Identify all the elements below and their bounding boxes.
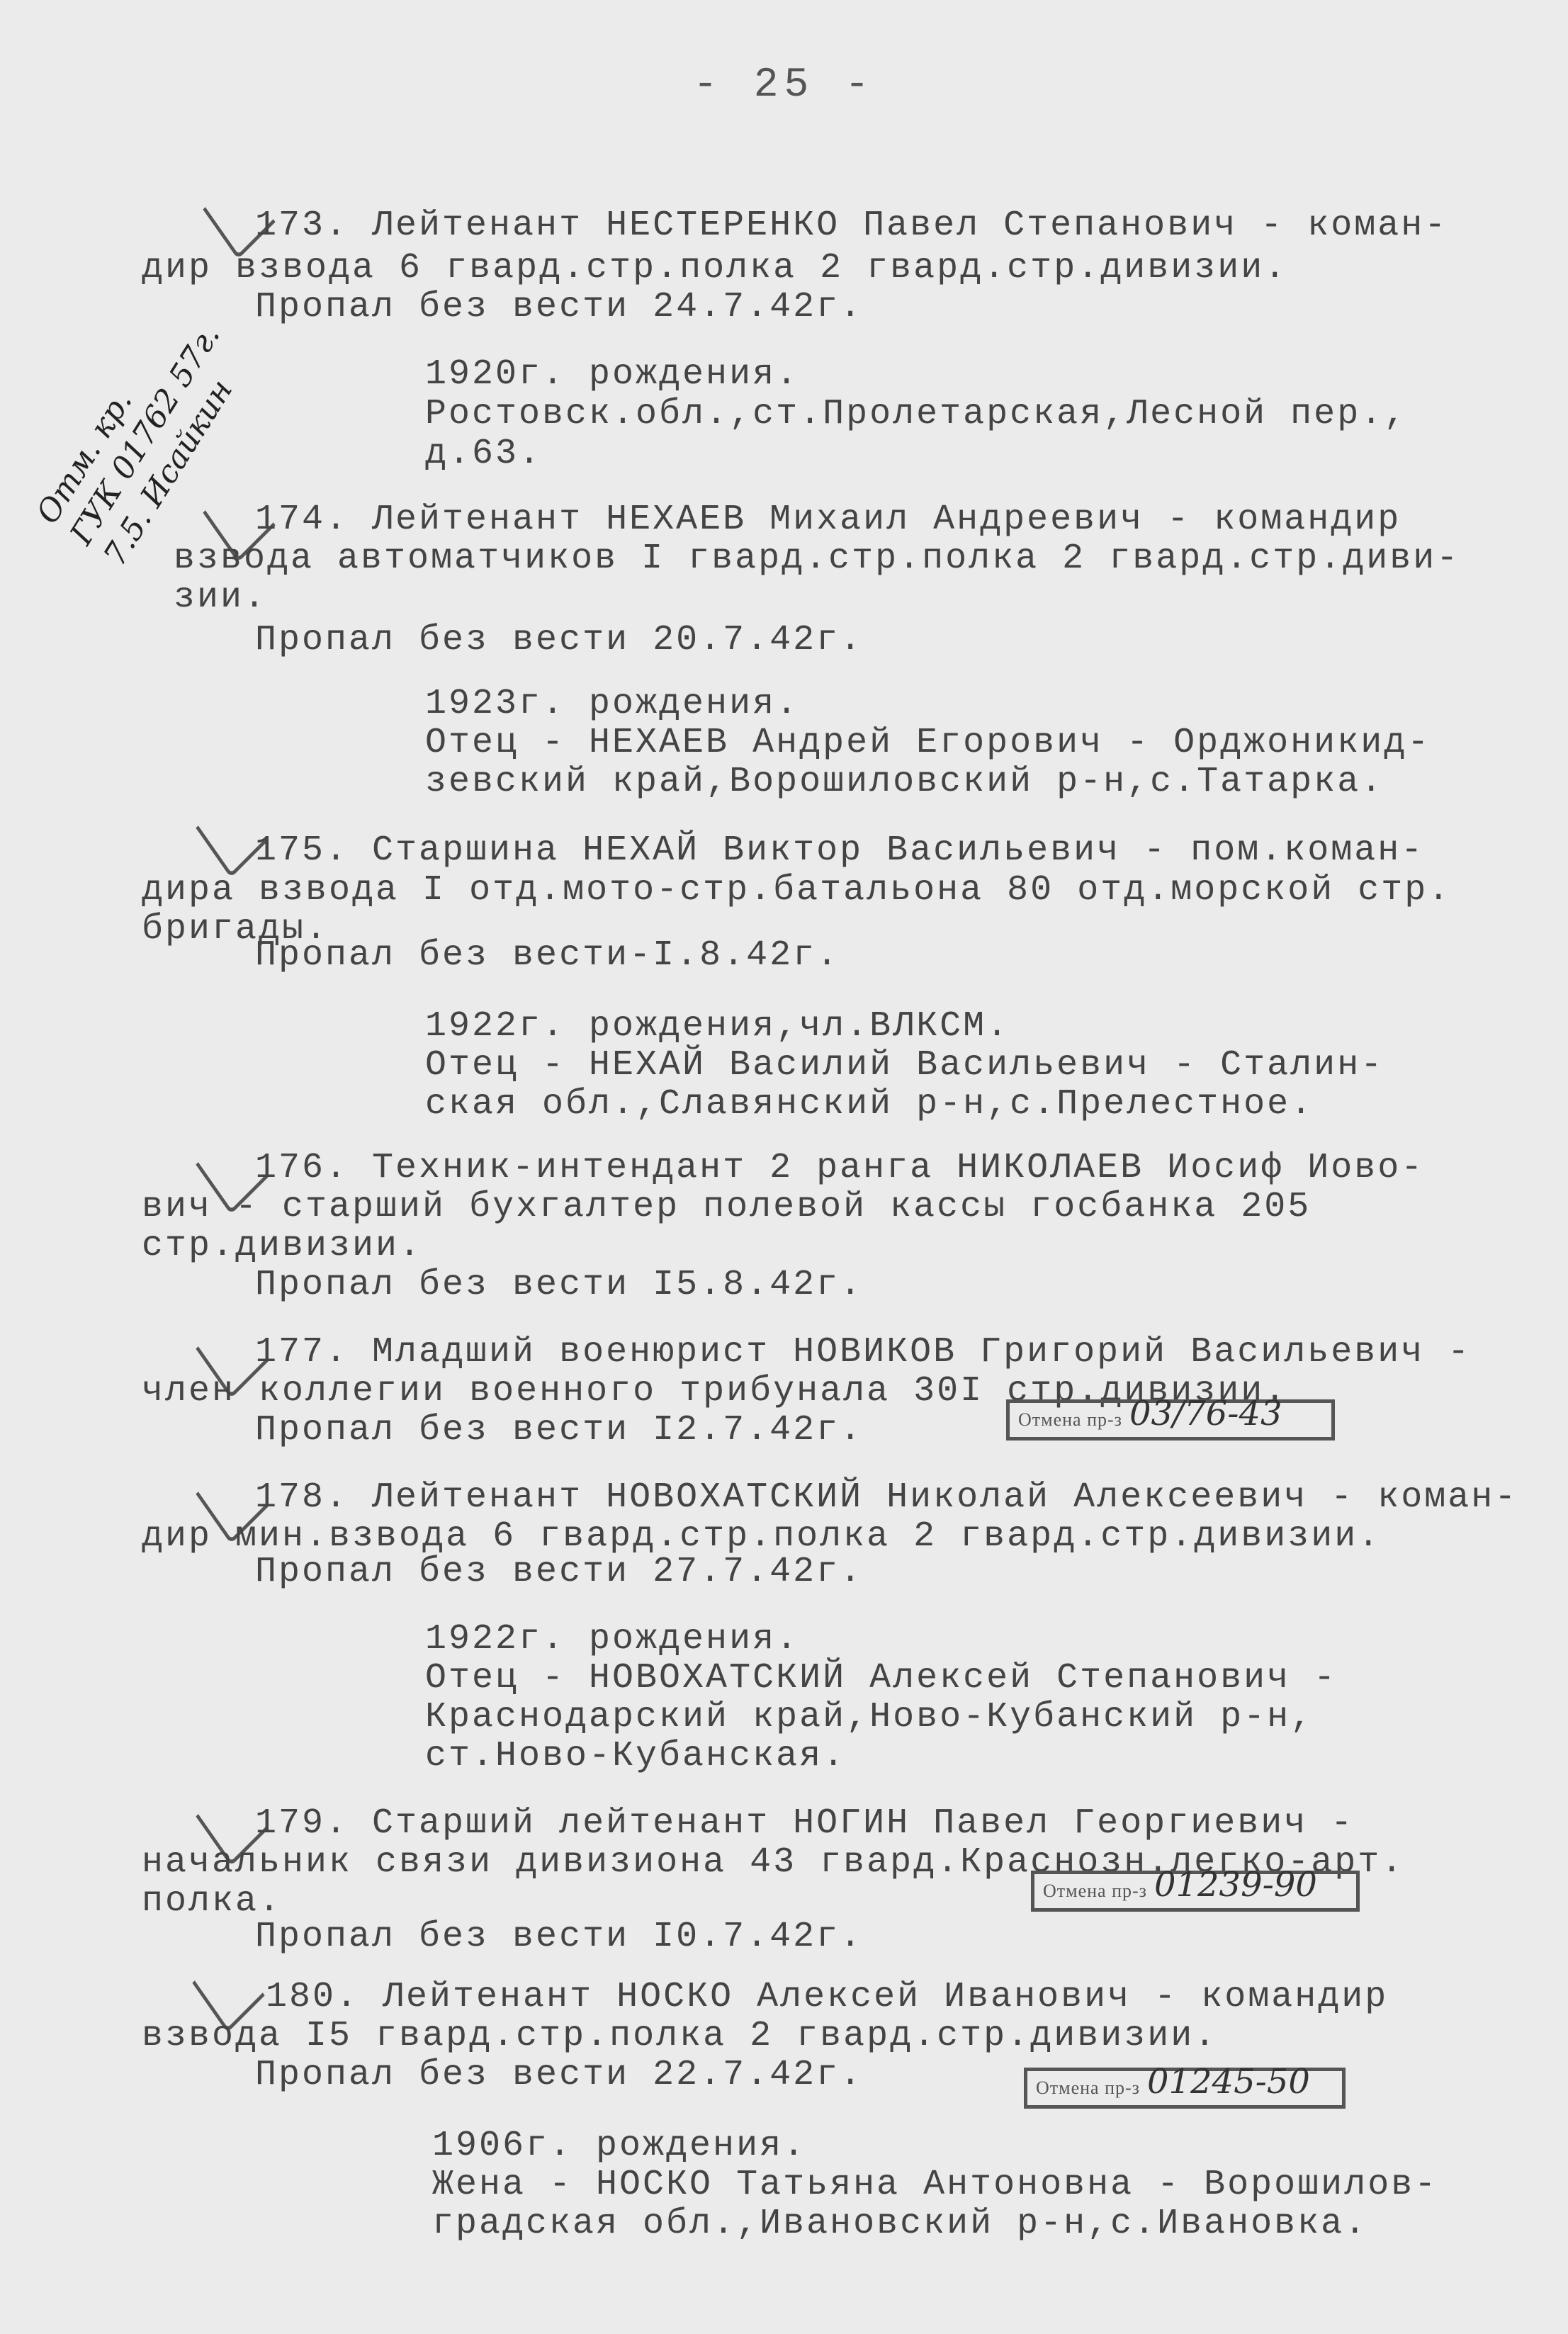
entry-line: дир взвода 6 гвард.стр.полка 2 гвард.стр… [142, 248, 1287, 288]
entry-line: Пропал без вести 27.7.42г. [255, 1552, 863, 1592]
detail-line: 1920г. рождения. [425, 354, 799, 395]
detail-line: д.63. [425, 434, 542, 474]
detail-line: зевский край,Ворошиловский р-н,с.Татарка… [425, 762, 1384, 802]
document-page: - 25 - Отм. кр. ГУК 01762 57г. 7.5. Исай… [0, 0, 1568, 2334]
cancellation-stamp: Отмена пр-з 03/76-43 [1006, 1399, 1335, 1441]
stamp-number: 03/76-43 [1129, 1394, 1282, 1433]
stamp-number: 01239-90 [1154, 1865, 1317, 1905]
entry-line: дира взвода I отд.мото-стр.батальона 80 … [142, 870, 1451, 911]
cancellation-stamp: Отмена пр-з 01245-50 [1024, 2068, 1346, 2109]
entry-line: зии. [174, 577, 267, 618]
stamp-label: Отмена пр-з [1018, 1409, 1122, 1431]
detail-line: Отец - НЕХАЙ Василий Васильевич - Сталин… [425, 1045, 1384, 1086]
entry-line: взвода I5 гвард.стр.полка 2 гвард.стр.ди… [142, 2016, 1217, 2056]
detail-line: Жена - НОСКО Татьяна Антоновна - Ворошил… [432, 2165, 1438, 2205]
entry-line: 173. Лейтенант НЕСТЕРЕНКО Павел Степанов… [255, 205, 1448, 246]
detail-line: Отец - НОВОХАТСКИЙ Алексей Степанович - [425, 1658, 1337, 1698]
entry-line: Пропал без вести I2.7.42г. [255, 1410, 863, 1450]
entry-line: 175. Старшина НЕХАЙ Виктор Васильевич - … [255, 830, 1424, 871]
entry-line: взвода автоматчиков I гвард.стр.полка 2 … [174, 539, 1460, 579]
detail-line: 1906г. рождения. [432, 2126, 806, 2166]
entry-line: 174. Лейтенант НЕХАЕВ Михаил Андреевич -… [255, 500, 1401, 540]
entry-line: 177. Младший военюрист НОВИКОВ Григорий … [255, 1332, 1471, 1372]
entry-line: полка. [142, 1881, 282, 1922]
detail-line: Ростовск.обл.,ст.Пролетарская,Лесной пер… [425, 394, 1407, 434]
detail-line: 1922г. рождения,чл.ВЛКСМ. [425, 1006, 1010, 1047]
entry-line: Пропал без вести-I.8.42г. [255, 935, 840, 976]
stamp-label: Отмена пр-з [1043, 1881, 1147, 1902]
entry-line: Пропал без вести 22.7.42г. [255, 2055, 863, 2095]
page-number: - 25 - [0, 62, 1568, 108]
detail-line: Отец - НЕХАЕВ Андрей Егорович - Орджоник… [425, 723, 1431, 763]
entry-line: дир мин.взвода 6 гвард.стр.полка 2 гвард… [142, 1516, 1381, 1557]
entry-line: Пропал без вести 24.7.42г. [255, 287, 863, 327]
detail-line: Краснодарский край,Ново-Кубанский р-н, [425, 1697, 1314, 1737]
stamp-label: Отмена пр-з [1036, 2078, 1140, 2099]
entry-line: 179. Старший лейтенант НОГИН Павел Георг… [255, 1803, 1354, 1844]
entry-line: 176. Техник-интендант 2 ранга НИКОЛАЕВ И… [255, 1148, 1424, 1188]
detail-line: ст.Ново-Кубанская. [425, 1736, 846, 1776]
entry-line: 180. Лейтенант НОСКО Алексей Иванович - … [266, 1977, 1388, 2017]
entry-line: Пропал без вести 20.7.42г. [255, 620, 863, 660]
detail-line: 1923г. рождения. [425, 684, 799, 724]
detail-line: 1922г. рождения. [425, 1619, 799, 1659]
entry-line: 178. Лейтенант НОВОХАТСКИЙ Николай Алекс… [255, 1477, 1518, 1518]
stamp-number: 01245-50 [1147, 2062, 1310, 2102]
detail-line: ская обл.,Славянский р-н,с.Прелестное. [425, 1084, 1314, 1124]
detail-line: градская обл.,Ивановский р-н,с.Ивановка. [432, 2204, 1367, 2244]
entry-line: стр.дивизии. [142, 1226, 422, 1266]
entry-line: Пропал без вести I5.8.42г. [255, 1265, 863, 1305]
entry-line: вич - старший бухгалтер полевой кассы го… [142, 1187, 1311, 1227]
entry-line: Пропал без вести I0.7.42г. [255, 1917, 863, 1957]
cancellation-stamp: Отмена пр-з 01239-90 [1031, 1871, 1360, 1912]
